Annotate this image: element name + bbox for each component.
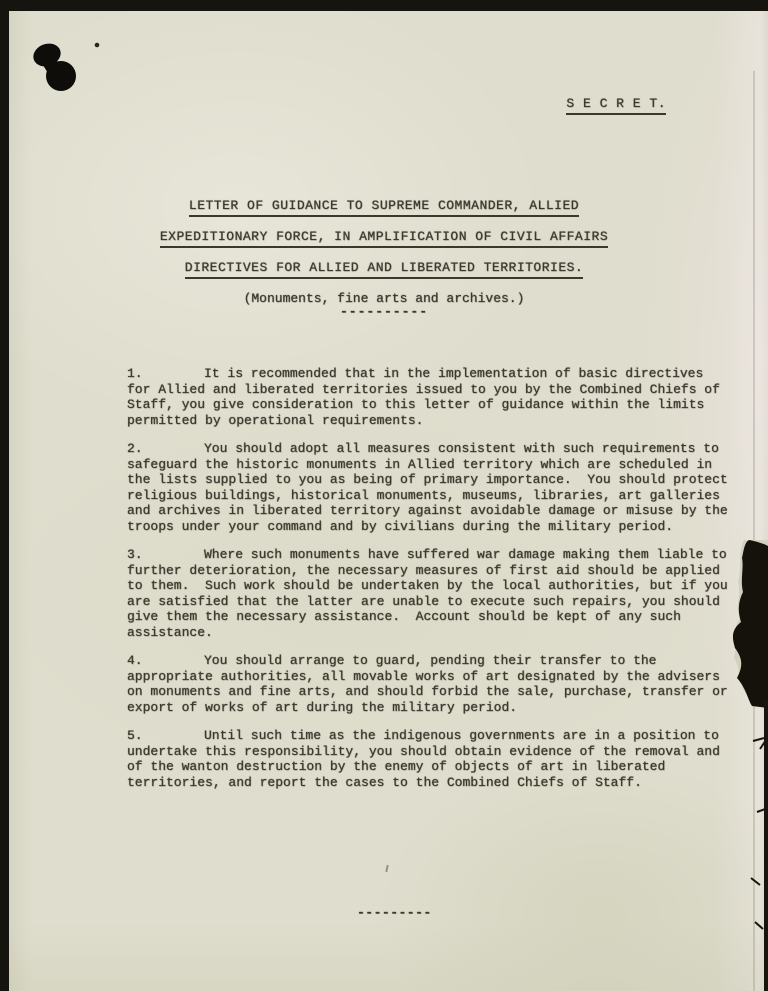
document-title: LETTER OF GUIDANCE TO SUPREME COMMANDER,… — [0, 197, 768, 319]
scanned-document: S E C R E T. LETTER OF GUIDANCE TO SUPRE… — [0, 0, 768, 991]
paragraph-text: Until such time as the indigenous govern… — [127, 728, 728, 790]
end-rule: --------- — [357, 905, 432, 920]
paragraph-number: 5. — [127, 728, 204, 744]
paragraph-number: 2. — [127, 441, 204, 457]
paragraph-number: 4. — [127, 653, 204, 669]
document-body: 1.It is recommended that in the implemen… — [127, 366, 733, 803]
paragraph-5: 5.Until such time as the indigenous gove… — [127, 728, 733, 790]
paragraph-number: 3. — [127, 547, 204, 563]
paragraph-4: 4.You should arrange to guard, pending t… — [127, 653, 733, 715]
title-line: LETTER OF GUIDANCE TO SUPREME COMMANDER,… — [0, 197, 768, 215]
classification-stamp: S E C R E T. — [566, 96, 666, 115]
paragraph-1: 1.It is recommended that in the implemen… — [127, 366, 733, 428]
paragraph-3: 3.Where such monuments have suffered war… — [127, 547, 733, 640]
title-line-1-text: LETTER OF GUIDANCE TO SUPREME COMMANDER,… — [189, 198, 579, 217]
title-line: DIRECTIVES FOR ALLIED AND LIBERATED TERR… — [0, 259, 768, 277]
paragraph-text: It is recommended that in the implementa… — [127, 366, 728, 428]
title-line-3-text: DIRECTIVES FOR ALLIED AND LIBERATED TERR… — [185, 260, 583, 279]
subtitle-rule: ---------- — [0, 305, 768, 319]
title-line-2-text: EXPEDITIONARY FORCE, IN AMPLIFICATION OF… — [160, 229, 608, 248]
paragraph-text: You should arrange to guard, pending the… — [127, 653, 736, 715]
paragraph-text: Where such monuments have suffered war d… — [127, 547, 736, 640]
paragraph-number: 1. — [127, 366, 204, 382]
paragraph-2: 2.You should adopt all measures consiste… — [127, 441, 733, 534]
paragraph-text: You should adopt all measures consistent… — [127, 441, 736, 534]
title-line: EXPEDITIONARY FORCE, IN AMPLIFICATION OF… — [0, 228, 768, 246]
